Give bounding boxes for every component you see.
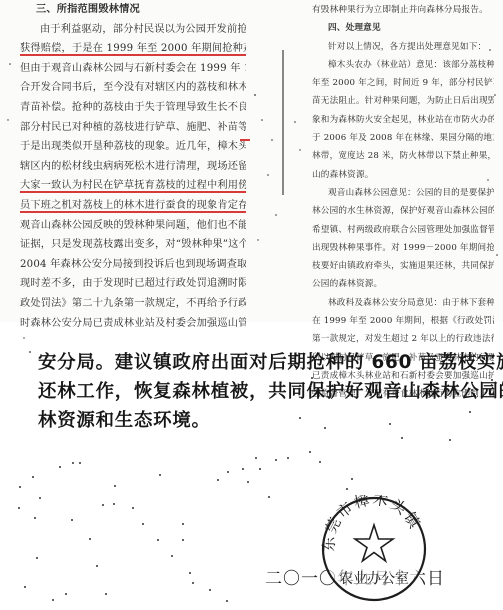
text-line: 有毁林种果行为立即制止并向森林分局报告。 [312,1,494,19]
text-line: 苗无法阻止。针对种果问题，为防止日后出现毁林种果的现 [312,92,494,110]
text-line: 时森林公安分局已责成林业站及村委会加强巡山管理，发现 [20,314,246,334]
official-seal-stamp: 东莞市樟木头镇 农业办公室 [320,495,428,603]
seal-icon: 东莞市樟木头镇 农业办公室 [320,495,428,603]
text-line: 部分村民已对种植的荔枝进行铲草、施肥、补苗等抚育工作， [20,118,246,138]
text-line: 2004 年森林公安分局接到投诉后也到现场调查取证，情况与 [20,255,246,275]
page-fold-line [282,50,284,195]
text-line: 于 2006 年及 2008 年在林缘、果园分隔的地方营造生物防火 [312,129,494,147]
text-line: 林政科及森林公安分局意见：由于林下套种的荔枝发生 [312,294,494,312]
text-line: 出现毁林种果事件。对 1999－2000 年期间抢种的 660 亩荔 [312,239,494,257]
red-annotation-mark [240,139,250,141]
text-line-underlined: 获得赔偿，于是在 1999 年至 2000 年期间抢种荔枝达 660 亩。 [20,39,246,59]
text-line: 于是出现类似开垦种荔枝的现象。近几年，樟木头林业站对 [20,137,246,157]
text-line: 枝要好由镇政府牵头，实施退果还林，共同保护好观音山森林 [312,257,494,275]
text-line: 政处罚法》第二十九条第一款规定，不再给予行政处罚。当 [20,294,246,314]
left-column: 三、所指范围毁林情况 由于利益驱动，部分村民误以为公园开发前抢种荔枝可 获得赔偿… [20,0,246,333]
text-line: 年至 2000 年之间，时间近 9 年，部分村民铲草、施肥、补 [312,74,494,92]
text-line-underlined: 大家一致认为村民在铲草抚育荔枝的过程中利用傍晚护林 [20,176,246,196]
right-column: 有毁林种果行为立即制止并向森林分局报告。 四、处理意见 针对以上情况，各方提出处… [312,1,494,404]
text-line: 还林工作，恢复森林植被，共同保护好观音山森林公园的森 [38,377,468,406]
text-line: 合开发合同书后，至今没有对辖区内的荔枝和林木作过任何 [20,78,246,98]
text-line: 象和为森林防火安全起见，林业站在市防火办的协助下分别 [312,111,494,129]
section-heading-3: 三、所指范围毁林情况 [20,0,246,20]
svg-text:农业办公室: 农业办公室 [339,570,409,587]
text-line: 青苗补偿。抢种的荔枝由于失于管理导致生长不良，最近少 [20,98,246,118]
enlarged-conclusion-text: 安分局。建议镇政府出面对后期抢种的 660 亩荔枝实施退果 还林工作，恢复森林植… [38,348,468,435]
text-line: 辖区内的松材线虫病病死松木进行清理，现场还留下伐桩。 [20,157,246,177]
text-line: 现时差不多，由于发现时已超过行政处罚追溯时限，根据《行 [20,274,246,294]
scanned-document-excerpt: 三、所指范围毁林情况 由于利益驱动，部分村民误以为公园开发前抢种荔枝可 获得赔偿… [0,0,503,322]
text-line: 林公园的水生林资源，保护好观音山森林公园的生态环境。 [312,202,494,220]
text-line: 由于利益驱动，部分村民误以为公园开发前抢种荔枝可 [20,20,246,40]
text-line: 证据，只是发现荔枝露出变多，对“毁林种果”这个问题， [20,235,246,255]
text-line: 但由于观音山森林公园与石新村委会在 1999 年 11 月签订联 [20,59,246,79]
text-line: 安分局。建议镇政府出面对后期抢种的 660 亩荔枝实施退果 [38,348,468,377]
text-line: 针对以上情况，各方提出处理意见如下： [312,38,494,56]
text-line: 观音山森林公园意见：公园的目的是要保护好观音山森 [312,184,494,202]
text-line: 樟木头农办（林业站）意见：该部分荔枝种植年份在 1999 [312,56,494,74]
text-line: 林资源和生态环境。 [38,406,468,435]
text-line: 第一款规定，对发生超过 2 年以上的行政违法行为免予追究。 [312,330,494,348]
text-line: 希望镇、村两级政府联合公园管理处加强监督管理，防止再 [312,221,494,239]
section-heading-4: 四、处理意见 [312,19,494,37]
text-line: 公园的森林资源。 [312,275,494,293]
text-line: 观音山森林公园反映的毁林种果问题，他们也不能提供有效 [20,216,246,236]
text-line-underlined: 员下班之机对荔枝上的林木进行蚕食的现象肯定存在。至于 [20,196,246,216]
text-line: 林带，宽度达 28 米，防火林带以下禁止种果，以保护观音 [312,147,494,165]
text-line: 在 1999 年至 2000 年期间，根据《行政处罚法》第二十九条 [312,312,494,330]
text-line: 山的森林资源。 [312,166,494,184]
